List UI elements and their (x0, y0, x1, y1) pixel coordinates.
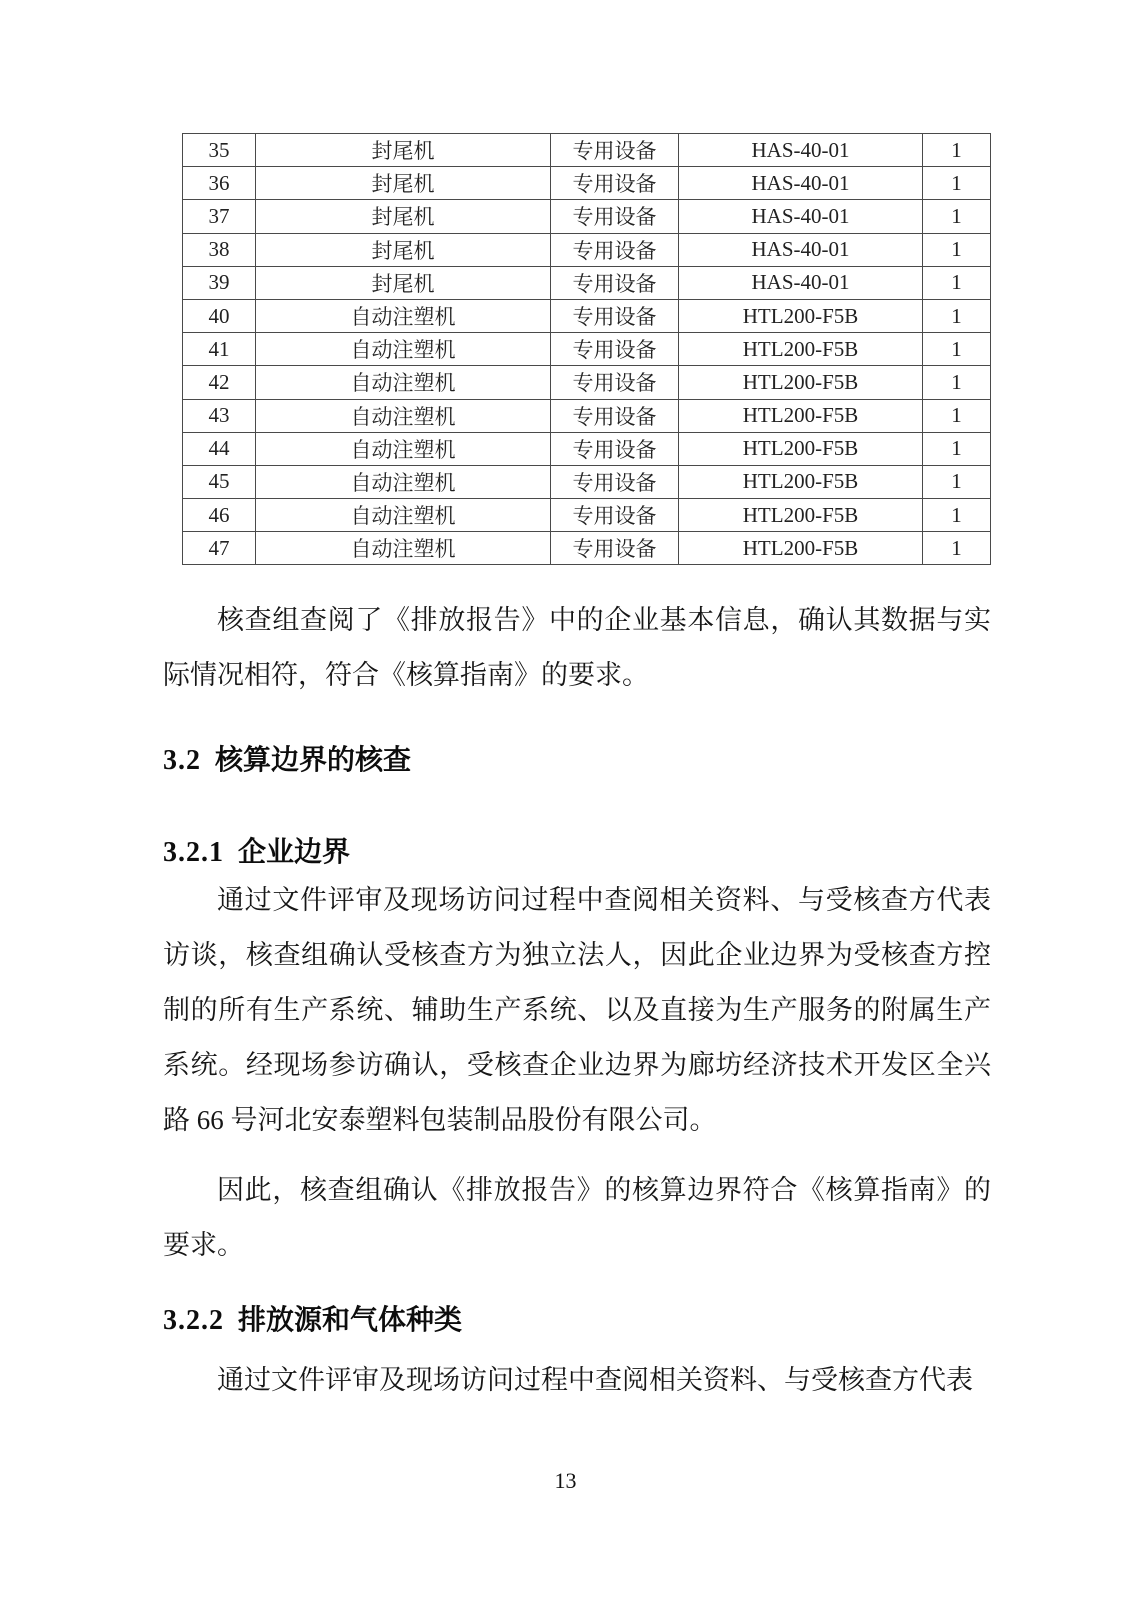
table-cell-type: 专用设备 (551, 134, 679, 167)
table-cell-name: 自动注塑机 (256, 399, 551, 432)
table-cell-qty: 1 (923, 134, 991, 167)
table-cell-no: 42 (183, 366, 256, 399)
heading-3-2-1: 3.2.1 企业边界 (163, 833, 991, 873)
table-cell-model: HAS-40-01 (679, 167, 923, 200)
table-cell-name: 自动注塑机 (256, 432, 551, 465)
table-cell-name: 自动注塑机 (256, 465, 551, 498)
table-row: 43自动注塑机专用设备HTL200-F5B1 (183, 399, 991, 432)
table-row: 44自动注塑机专用设备HTL200-F5B1 (183, 432, 991, 465)
heading-3-2-2-title: 排放源和气体种类 (238, 1301, 462, 1341)
table-cell-name: 封尾机 (256, 200, 551, 233)
table-cell-model: HTL200-F5B (679, 366, 923, 399)
table-cell-no: 39 (183, 266, 256, 299)
heading-3-2-1-title: 企业边界 (238, 833, 350, 873)
table-cell-model: HTL200-F5B (679, 432, 923, 465)
table-row: 47自动注塑机专用设备HTL200-F5B1 (183, 532, 991, 565)
table-cell-name: 封尾机 (256, 167, 551, 200)
table-cell-type: 专用设备 (551, 532, 679, 565)
table-cell-type: 专用设备 (551, 432, 679, 465)
table-cell-qty: 1 (923, 432, 991, 465)
table-cell-name: 自动注塑机 (256, 333, 551, 366)
table-cell-model: HTL200-F5B (679, 399, 923, 432)
paragraph-basic-info: 核查组查阅了《排放报告》中的企业基本信息，确认其数据与实际情况相符，符合《核算指… (163, 593, 991, 703)
table-cell-type: 专用设备 (551, 333, 679, 366)
table-cell-no: 35 (183, 134, 256, 167)
table-row: 39封尾机专用设备HAS-40-011 (183, 266, 991, 299)
equipment-table: 35封尾机专用设备HAS-40-01136封尾机专用设备HAS-40-01137… (182, 133, 991, 565)
heading-3-2-2-number: 3.2.2 (163, 1301, 224, 1341)
table-cell-no: 43 (183, 399, 256, 432)
table-cell-name: 封尾机 (256, 233, 551, 266)
table-cell-no: 41 (183, 333, 256, 366)
document-page: 35封尾机专用设备HAS-40-01136封尾机专用设备HAS-40-01137… (0, 0, 1131, 1600)
paragraph-boundary-conclusion: 因此，核查组确认《排放报告》的核算边界符合《核算指南》的要求。 (163, 1163, 991, 1273)
table-cell-qty: 1 (923, 366, 991, 399)
table-cell-qty: 1 (923, 499, 991, 532)
heading-3-2: 3.2 核算边界的核查 (163, 741, 991, 781)
table-cell-name: 封尾机 (256, 266, 551, 299)
heading-3-2-number: 3.2 (163, 741, 201, 781)
table-cell-no: 44 (183, 432, 256, 465)
table-cell-model: HTL200-F5B (679, 499, 923, 532)
table-row: 42自动注塑机专用设备HTL200-F5B1 (183, 366, 991, 399)
table-cell-no: 38 (183, 233, 256, 266)
heading-3-2-1-number: 3.2.1 (163, 833, 224, 873)
table-row: 37封尾机专用设备HAS-40-011 (183, 200, 991, 233)
table-cell-no: 47 (183, 532, 256, 565)
table-cell-type: 专用设备 (551, 465, 679, 498)
table-cell-qty: 1 (923, 266, 991, 299)
table-cell-type: 专用设备 (551, 399, 679, 432)
table-cell-name: 自动注塑机 (256, 499, 551, 532)
table-cell-name: 封尾机 (256, 134, 551, 167)
table-cell-name: 自动注塑机 (256, 299, 551, 332)
table-cell-type: 专用设备 (551, 167, 679, 200)
table-cell-model: HTL200-F5B (679, 299, 923, 332)
table-cell-model: HAS-40-01 (679, 200, 923, 233)
table-row: 36封尾机专用设备HAS-40-011 (183, 167, 991, 200)
table-cell-type: 专用设备 (551, 499, 679, 532)
table-cell-model: HAS-40-01 (679, 134, 923, 167)
table-cell-no: 36 (183, 167, 256, 200)
table-cell-model: HAS-40-01 (679, 266, 923, 299)
table-row: 35封尾机专用设备HAS-40-011 (183, 134, 991, 167)
page-number: 13 (0, 1468, 1131, 1494)
table-cell-qty: 1 (923, 200, 991, 233)
table-cell-qty: 1 (923, 399, 991, 432)
table-row: 40自动注塑机专用设备HTL200-F5B1 (183, 299, 991, 332)
table-cell-model: HTL200-F5B (679, 333, 923, 366)
table-cell-model: HAS-40-01 (679, 233, 923, 266)
table-cell-type: 专用设备 (551, 200, 679, 233)
table-row: 45自动注塑机专用设备HTL200-F5B1 (183, 465, 991, 498)
table-cell-qty: 1 (923, 233, 991, 266)
heading-3-2-2: 3.2.2 排放源和气体种类 (163, 1301, 991, 1341)
table-cell-qty: 1 (923, 532, 991, 565)
table-cell-qty: 1 (923, 167, 991, 200)
table-cell-type: 专用设备 (551, 233, 679, 266)
table-cell-type: 专用设备 (551, 266, 679, 299)
document-content: 35封尾机专用设备HAS-40-01136封尾机专用设备HAS-40-01137… (163, 133, 991, 1408)
table-cell-name: 自动注塑机 (256, 532, 551, 565)
table-cell-qty: 1 (923, 333, 991, 366)
table-row: 46自动注塑机专用设备HTL200-F5B1 (183, 499, 991, 532)
heading-3-2-title: 核算边界的核查 (215, 741, 411, 781)
table-cell-no: 46 (183, 499, 256, 532)
table-cell-type: 专用设备 (551, 299, 679, 332)
equipment-table-body: 35封尾机专用设备HAS-40-01136封尾机专用设备HAS-40-01137… (183, 134, 991, 565)
paragraph-emission-sources: 通过文件评审及现场访问过程中查阅相关资料、与受核查方代表 (163, 1353, 991, 1408)
table-cell-no: 37 (183, 200, 256, 233)
table-row: 41自动注塑机专用设备HTL200-F5B1 (183, 333, 991, 366)
table-cell-no: 40 (183, 299, 256, 332)
table-cell-no: 45 (183, 465, 256, 498)
table-cell-name: 自动注塑机 (256, 366, 551, 399)
table-cell-model: HTL200-F5B (679, 532, 923, 565)
table-cell-type: 专用设备 (551, 366, 679, 399)
paragraph-enterprise-boundary: 通过文件评审及现场访问过程中查阅相关资料、与受核查方代表访谈，核查组确认受核查方… (163, 873, 991, 1148)
table-row: 38封尾机专用设备HAS-40-011 (183, 233, 991, 266)
table-cell-qty: 1 (923, 299, 991, 332)
table-cell-model: HTL200-F5B (679, 465, 923, 498)
table-cell-qty: 1 (923, 465, 991, 498)
